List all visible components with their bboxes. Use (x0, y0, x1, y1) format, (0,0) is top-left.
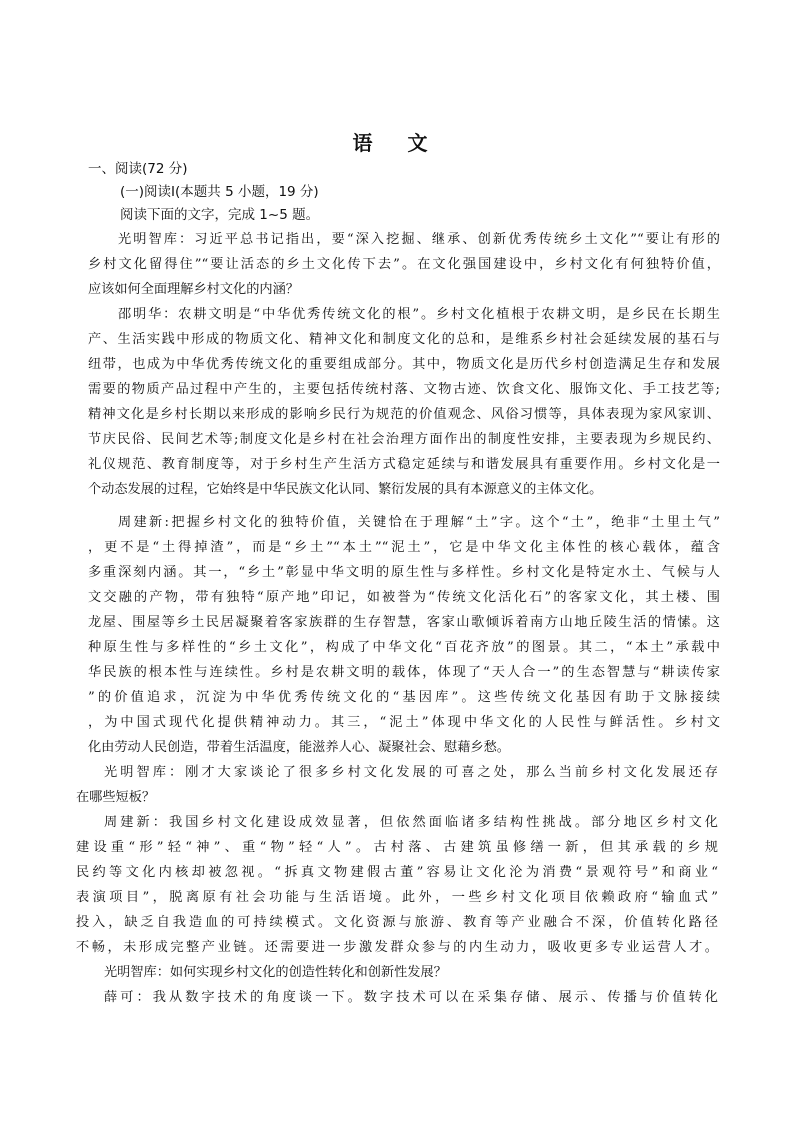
exam-page: 语 文 一、阅读(72 分) (一)阅读Ⅰ(本题共 5 小题，19 分) 阅读下… (0, 0, 794, 1123)
text-line: 不畅，未形成完整产业链。还需要进一步激发群众参与的内生动力，吸收更多专业运营人才… (76, 939, 718, 957)
text-line: ，为中国式现代化提供精神动力。其三，“泥土”体现中华文化的人民性与鲜活性。乡村文 (88, 714, 720, 732)
text-line: 龙屋、围屋等乡土民居凝聚着客家族群的生存智慧，客家山歌倾诉着南方山地丘陵生活的情… (88, 614, 720, 632)
text-line: 光明智库：刚才大家谈论了很多乡村文化发展的可喜之处，那么当前乡村文化发展还存 (104, 764, 718, 782)
text-line: 种原生性与多样性的“乡土文化”，构成了中华文化“百花齐放”的图景。其二，“本土”… (88, 639, 720, 657)
text-line: 光明智库：习近平总书记指出，要“深入挖掘、继承、创新优秀传统乡土文化”“要让有形… (118, 231, 720, 249)
text-line: 华民族的根本性与连续性。乡村是农耕文明的载体，体现了“天人合一”的生态智慧与“耕… (88, 664, 720, 682)
text-line: 投入，缺乏自我造血的可持续模式。文化资源与旅游、教育等产业融合不深，价值转化路径 (76, 914, 718, 932)
text-line: 民约等文化内核却被忽视。“拆真文物建假古董”容易让文化沦为消费“景观符号”和商业… (76, 864, 718, 882)
text-line: 礼仪规范、教育制度等，对于乡村生产生活方式稳定延续与和谐发展具有重要作用。乡村文… (88, 456, 720, 474)
text-line: 多重深刻内涵。其一，“乡土”彰显中华文明的原生性与多样性。乡村文化是特定水土、气… (88, 564, 720, 582)
text-line: 需要的物质产品过程中产生的，主要包括传统村落、文物古迹、饮食文化、服饰文化、手工… (88, 381, 720, 399)
text-line: 应该如何全面理解乡村文化的内涵？ (88, 281, 720, 299)
text-line: 在哪些短板？ (76, 789, 718, 807)
text-line: 乡村文化留得住”“要让活态的乡土文化传下去”。在文化强国建设中，乡村文化有何独特… (88, 256, 720, 274)
text-line: 节庆民俗、民间艺术等;制度文化是乡村在社会治理方面作出的制度性安排，主要表现为乡… (88, 431, 720, 449)
page-title: 语 文 (0, 127, 794, 156)
text-line: 产、生活实践中形成的物质文化、精神文化和制度文化的总和，是维系乡村社会延续发展的… (88, 331, 720, 349)
text-line: 周建新：我国乡村文化建设成效显著，但依然面临诸多结构性挑战。部分地区乡村文化 (104, 814, 718, 832)
text-line: 精神文化是乡村长期以来形成的影响乡民行为规范的价值观念、风俗习惯等，具体表现为家… (88, 406, 720, 424)
subsection-heading: (一)阅读Ⅰ(本题共 5 小题，19 分) (120, 183, 752, 201)
text-line: 邵明华：农耕文明是“中华优秀传统文化的根”。乡村文化植根于农耕文明，是乡民在长期… (118, 306, 720, 324)
text-line: 光明智库：如何实现乡村文化的创造性转化和创新性发展？ (104, 964, 718, 982)
text-line: ”的价值追求，沉淀为中华优秀传统文化的“基因库”。这些传统文化基因有助于文脉接续 (88, 689, 720, 707)
text-line: 个动态发展的过程，它始终是中华民族文化认同、繁衍发展的具有本源意义的主体文化。 (88, 481, 720, 499)
text-line: 化由劳动人民创造，带着生活温度，能滋养人心、凝聚社会、慰藉乡愁。 (88, 739, 720, 757)
text-line: ，更不是“土得掉渣”，而是“乡土”“本土”“泥土”，它是中华文化主体性的核心载体… (88, 539, 720, 557)
text-line: 文交融的产物，带有独特“原产地”印记，如被誉为“传统文化活化石”的客家文化，其土… (88, 589, 720, 607)
text-line: 周建新:把握乡村文化的独特价值，关键恰在于理解“土”字。这个“土”，绝非“土里土… (118, 514, 720, 532)
text-line: 薛可：我从数字技术的角度谈一下。数字技术可以在采集存储、展示、传播与价值转化 (104, 989, 718, 1007)
text-line: 建设重“形”轻“神”、重“物”轻“人”。古村落、古建筑虽修缮一新，但其承载的乡规 (76, 839, 718, 857)
text-line: 表演项目”，脱离原有社会功能与生活语境。此外，一些乡村文化项目依赖政府“输血式” (76, 889, 718, 907)
instruction-text: 阅读下面的文字，完成 1~5 题。 (120, 206, 752, 224)
section-heading: 一、阅读(72 分) (88, 160, 720, 178)
text-line: 纽带，也成为中华优秀传统文化的重要组成部分。其中，物质文化是历代乡村创造满足生存… (88, 356, 720, 374)
